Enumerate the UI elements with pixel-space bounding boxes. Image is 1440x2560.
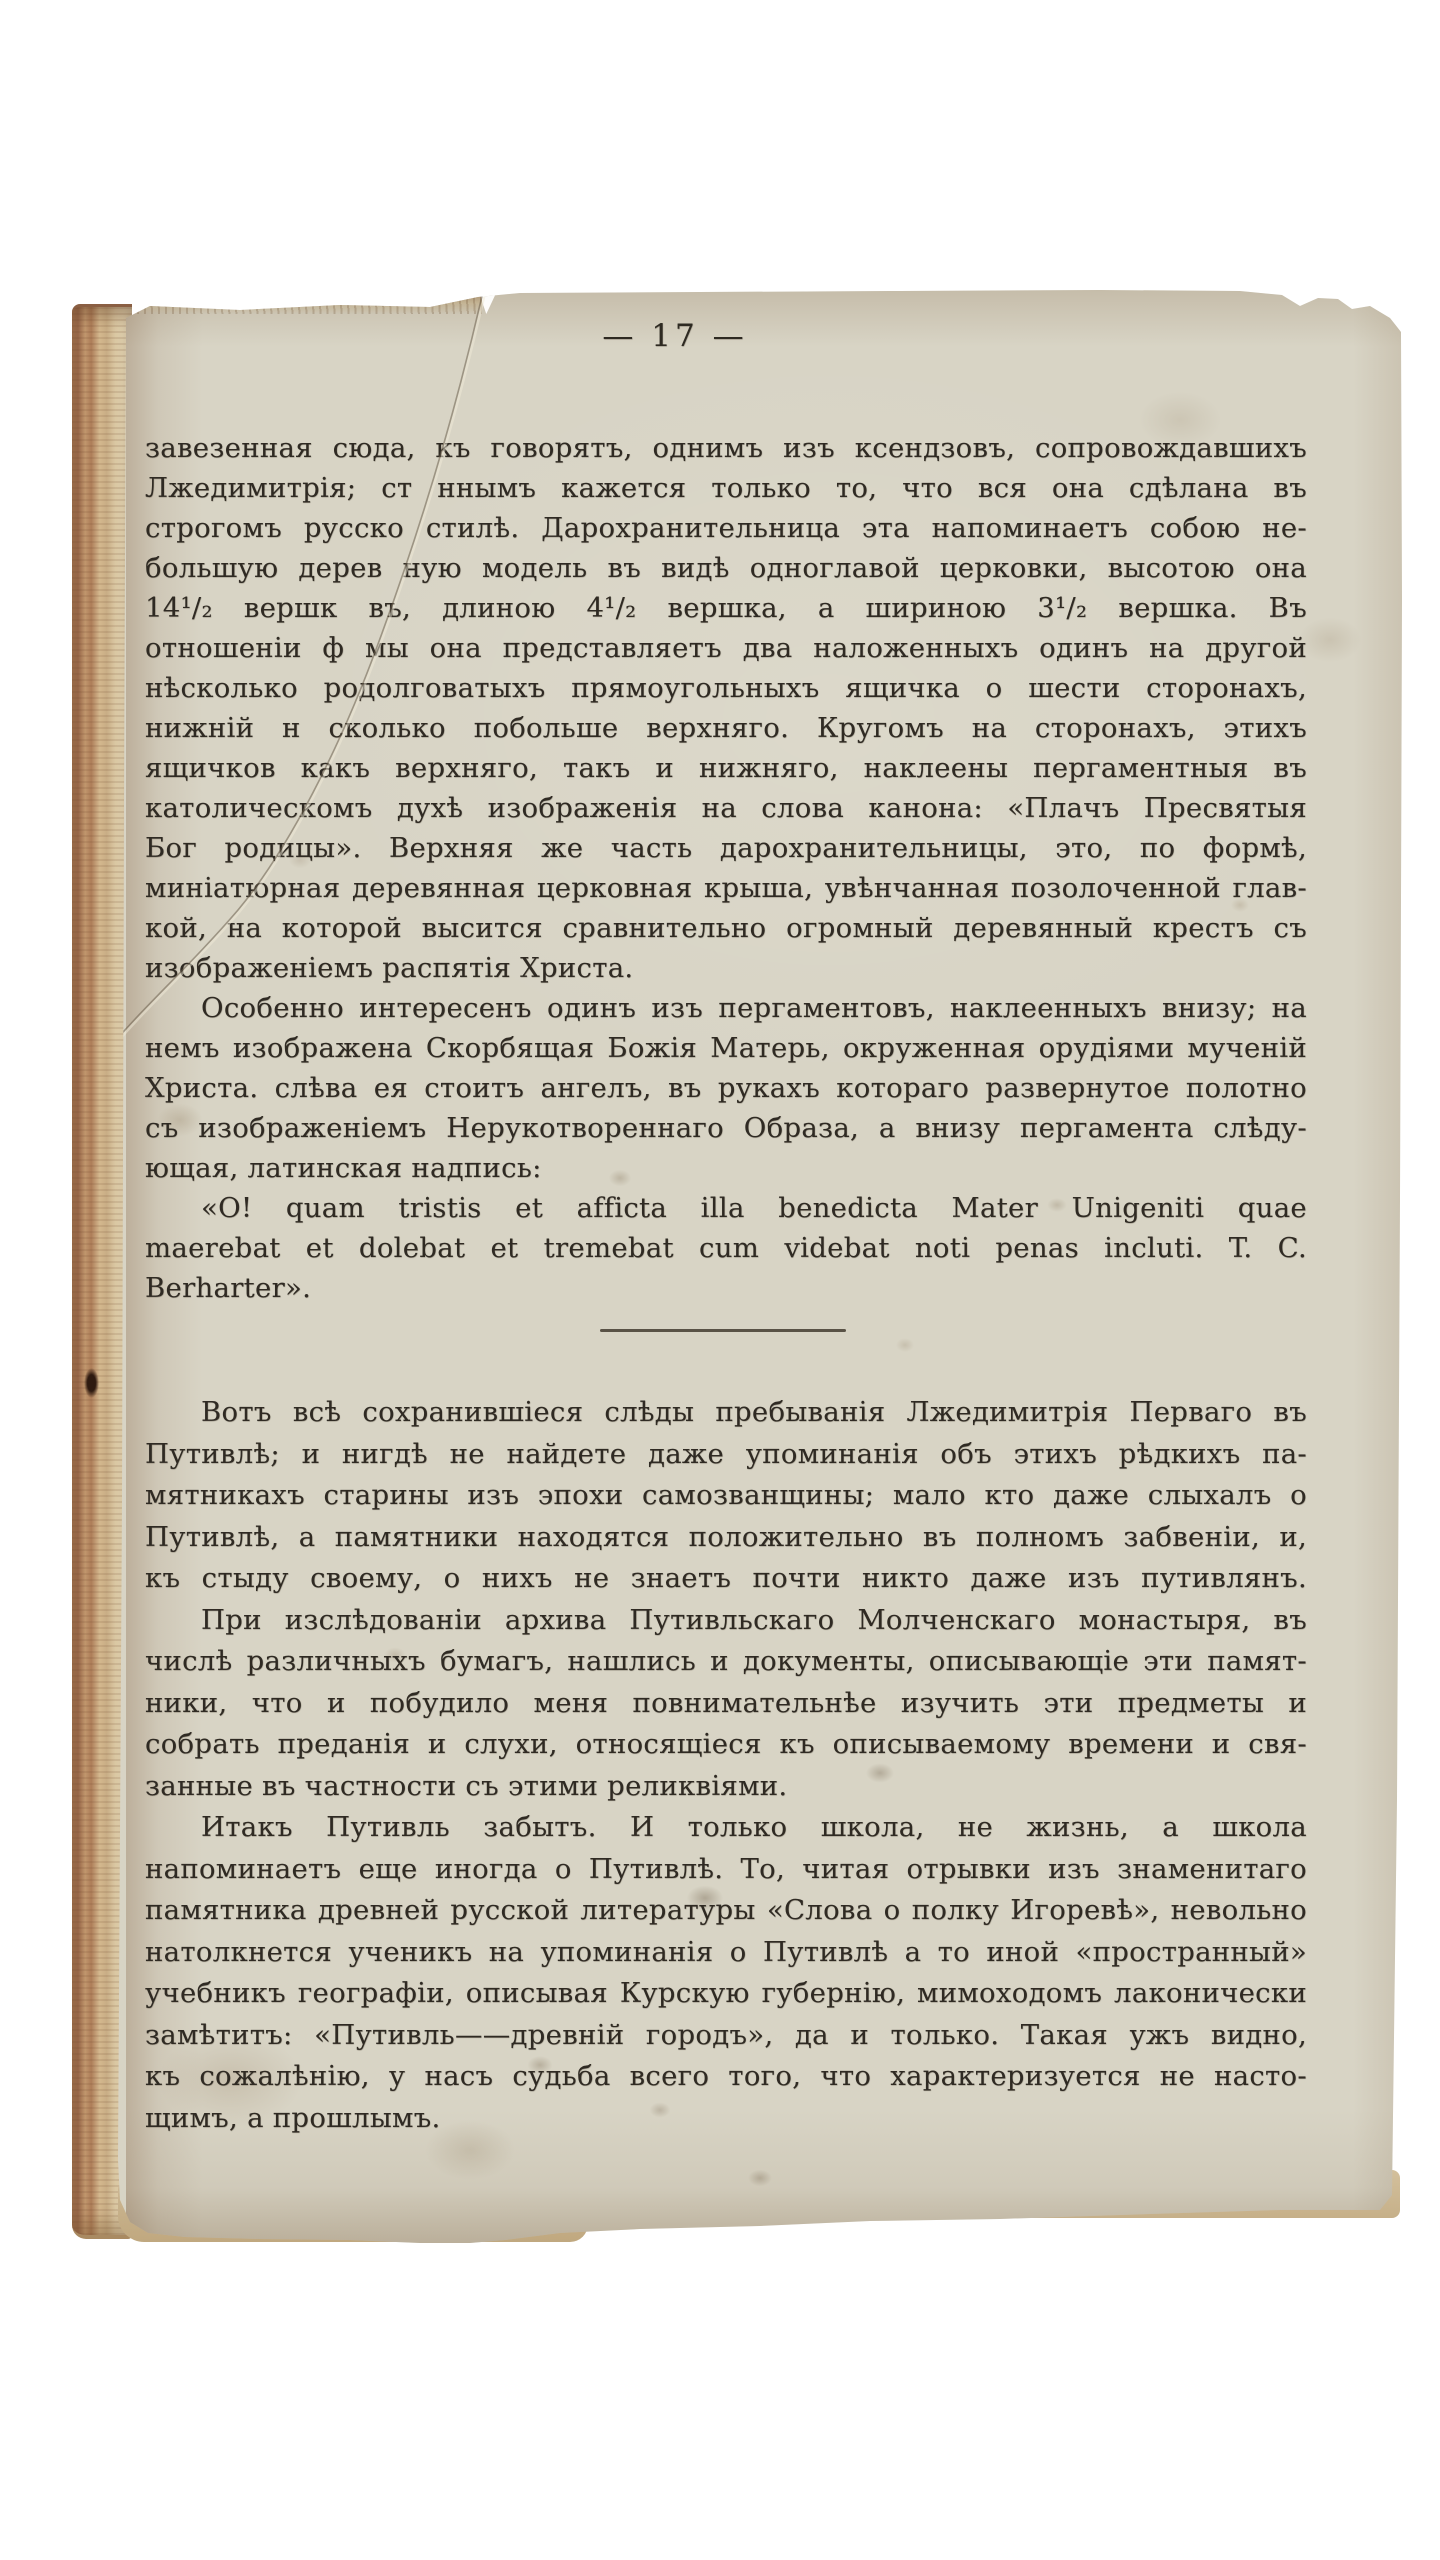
text-line: Путивлѣ, а памятники находятся положител… bbox=[145, 1517, 1307, 1559]
book-page-photo: — 17 — завезенная сюда, къ говорятъ, одн… bbox=[0, 0, 1440, 2560]
text-line: числѣ различныхъ бумагъ, нашлись и докум… bbox=[145, 1641, 1307, 1683]
text-line: напоминаетъ еще иногда о Путивлѣ. То, чи… bbox=[145, 1849, 1307, 1891]
text-line: 14¹/₂ вершк въ, длиною 4¹/₂ вершка, а ши… bbox=[145, 588, 1307, 628]
text-block-upper: завезенная сюда, къ говорятъ, однимъ изъ… bbox=[145, 428, 1307, 1308]
text-line: maerebat et dolebat et tremebat cum vide… bbox=[145, 1228, 1307, 1268]
text-line: занные въ частности съ этими реликвіями. bbox=[145, 1766, 1307, 1808]
text-line: кой, на которой высится сравнительно огр… bbox=[145, 908, 1307, 948]
text-line: Berharter». bbox=[145, 1268, 1307, 1308]
text-line: къ сожалѣнію, у насъ судьба всего того, … bbox=[145, 2056, 1307, 2098]
text-line: къ стыду своему, о нихъ не знаетъ почти … bbox=[145, 1558, 1307, 1600]
text-line: нижній н сколько побольше верхняго. Круг… bbox=[145, 708, 1307, 748]
text-line: изображеніемъ распятія Христа. bbox=[145, 948, 1307, 988]
text-line: ники, что и побудило меня повнимательнѣе… bbox=[145, 1683, 1307, 1725]
text-line: мятникахъ старины изъ эпохи самозванщины… bbox=[145, 1475, 1307, 1517]
spine-dark-spot bbox=[84, 1368, 99, 1398]
page-number: — 17 — bbox=[540, 318, 810, 354]
text-line: съ изображеніемъ Нерукотвореннаго Образа… bbox=[145, 1108, 1307, 1148]
text-line: ящичков какъ верхняго, такъ и нижняго, н… bbox=[145, 748, 1307, 788]
text-line: Итакъ Путивль забытъ. И только школа, не… bbox=[145, 1807, 1307, 1849]
text-line: щимъ, а прошлымъ. bbox=[145, 2098, 1307, 2140]
text-line: Лжедимитрія; ст ннымъ кажется только то,… bbox=[145, 468, 1307, 508]
text-block-lower: Вотъ всѣ сохранившіеся слѣды пребыванія … bbox=[145, 1392, 1307, 2139]
text-line: Христа. слѣва ея стоитъ ангелъ, въ руках… bbox=[145, 1068, 1307, 1108]
text-line: собрать преданія и слухи, относящіеся къ… bbox=[145, 1724, 1307, 1766]
text-line: большую дерев ную модель въ видѣ одногла… bbox=[145, 548, 1307, 588]
text-line: отношеніи ф мы она представляетъ два нал… bbox=[145, 628, 1307, 668]
text-line: замѣтитъ: «Путивль——древній городъ», да … bbox=[145, 2015, 1307, 2057]
text-line: завезенная сюда, къ говорятъ, однимъ изъ… bbox=[145, 428, 1307, 468]
text-line: Бог родицы». Верхняя же часть дарохранит… bbox=[145, 828, 1307, 868]
section-divider-rule bbox=[600, 1329, 846, 1332]
torn-leaf-stub bbox=[74, 294, 482, 314]
text-line: учебникъ географіи, описывая Курскую губ… bbox=[145, 1973, 1307, 2015]
text-line: немъ изображена Скорбящая Божія Матерь, … bbox=[145, 1028, 1307, 1068]
text-line: католическомъ духѣ изображенія на слова … bbox=[145, 788, 1307, 828]
text-line: Особенно интересенъ одинъ изъ пергаменто… bbox=[145, 988, 1307, 1028]
text-line: натолкнется ученикъ на упоминанія о Пути… bbox=[145, 1932, 1307, 1974]
text-line: При изслѣдованіи архива Путивльскаго Мол… bbox=[145, 1600, 1307, 1642]
text-line: нѣсколько родолговатыхъ прямоугольныхъ я… bbox=[145, 668, 1307, 708]
text-line: ющая, латинская надпись: bbox=[145, 1148, 1307, 1188]
text-line: строгомъ русско стилѣ. Дарохранительница… bbox=[145, 508, 1307, 548]
text-line: памятника древней русской литературы «Сл… bbox=[145, 1890, 1307, 1932]
text-line: Вотъ всѣ сохранившіеся слѣды пребыванія … bbox=[145, 1392, 1307, 1434]
text-line: «O! quam tristis et afficta illa benedic… bbox=[145, 1188, 1307, 1228]
book-page: — 17 — завезенная сюда, къ говорятъ, одн… bbox=[0, 0, 1440, 2560]
text-line: Путивлѣ; и нигдѣ не найдете даже упомина… bbox=[145, 1434, 1307, 1476]
text-line: миніатюрная деревянная церковная крыша, … bbox=[145, 868, 1307, 908]
